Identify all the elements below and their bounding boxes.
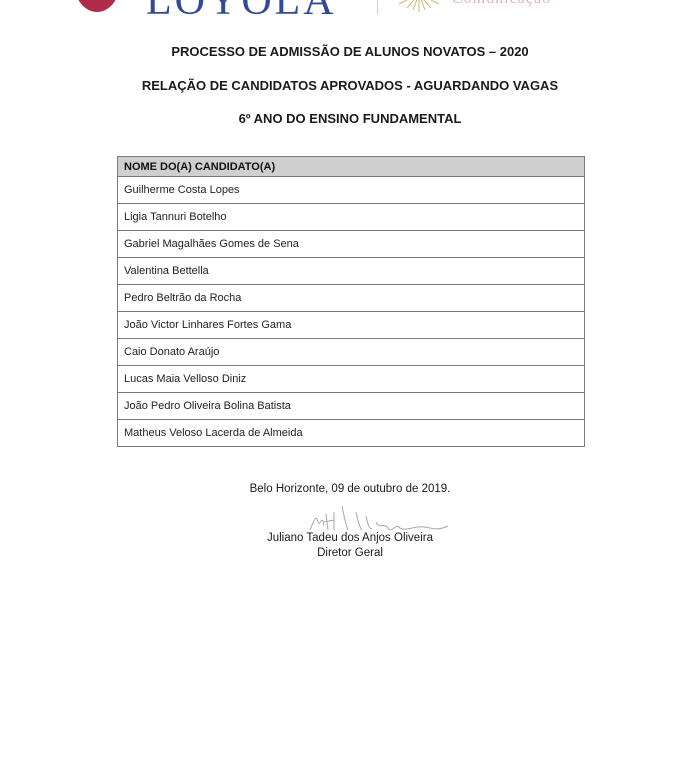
document-grade: 6º ANO DO ENSINO FUNDAMENTAL [0,111,700,126]
table-row: Caio Donato Araújo [118,339,585,366]
signer-role: Diretor Geral [0,546,700,561]
table-header-row: NOME DO(A) CANDIDATO(A) [118,157,585,177]
letterhead-divider [377,0,378,14]
candidate-name: Valentina Bettella [118,258,585,285]
place-date: Belo Horizonte, 09 de outubro de 2019. [0,483,700,495]
table-row: João Victor Linhares Fortes Gama [118,312,585,339]
letterhead: LOYOLA Comunicação [0,0,700,16]
candidate-name: Matheus Veloso Lacerda de Almeida [118,420,585,447]
table-row: Gabriel Magalhães Gomes de Sena [118,231,585,258]
document-subtitle: RELAÇÃO DE CANDIDATOS APROVADOS - AGUARD… [0,78,700,93]
table-row: Ligia Tannuri Botelho [118,204,585,231]
signer-name: Juliano Tadeu dos Anjos Oliveira [0,531,700,546]
letterhead-tagline: Comunicação [452,0,551,8]
candidate-name: Gabriel Magalhães Gomes de Sena [118,231,585,258]
table-row: Valentina Bettella [118,258,585,285]
brand-name: LOYOLA [146,0,337,16]
candidate-name: Lucas Maia Velloso Diniz [118,366,585,393]
candidate-name: Caio Donato Araújo [118,339,585,366]
table-row: Lucas Maia Velloso Diniz [118,366,585,393]
signer-block: Juliano Tadeu dos Anjos Oliveira Diretor… [0,531,700,561]
document-title: PROCESSO DE ADMISSÃO DE ALUNOS NOVATOS –… [0,44,700,59]
table-row: Matheus Veloso Lacerda de Almeida [118,420,585,447]
table-row: Guilherme Costa Lopes [118,177,585,204]
table-row: João Pedro Oliveira Bolina Batista [118,393,585,420]
shield-logo-icon [74,0,120,12]
table-row: Pedro Beltrão da Rocha [118,285,585,312]
candidate-name: João Pedro Oliveira Bolina Batista [118,393,585,420]
candidate-name: Ligia Tannuri Botelho [118,204,585,231]
candidate-name: João Victor Linhares Fortes Gama [118,312,585,339]
column-header-name: NOME DO(A) CANDIDATO(A) [118,157,585,177]
candidate-name: Pedro Beltrão da Rocha [118,285,585,312]
candidate-name: Guilherme Costa Lopes [118,177,585,204]
candidates-table: NOME DO(A) CANDIDATO(A) Guilherme Costa … [117,156,585,447]
sunburst-icon [393,0,445,12]
